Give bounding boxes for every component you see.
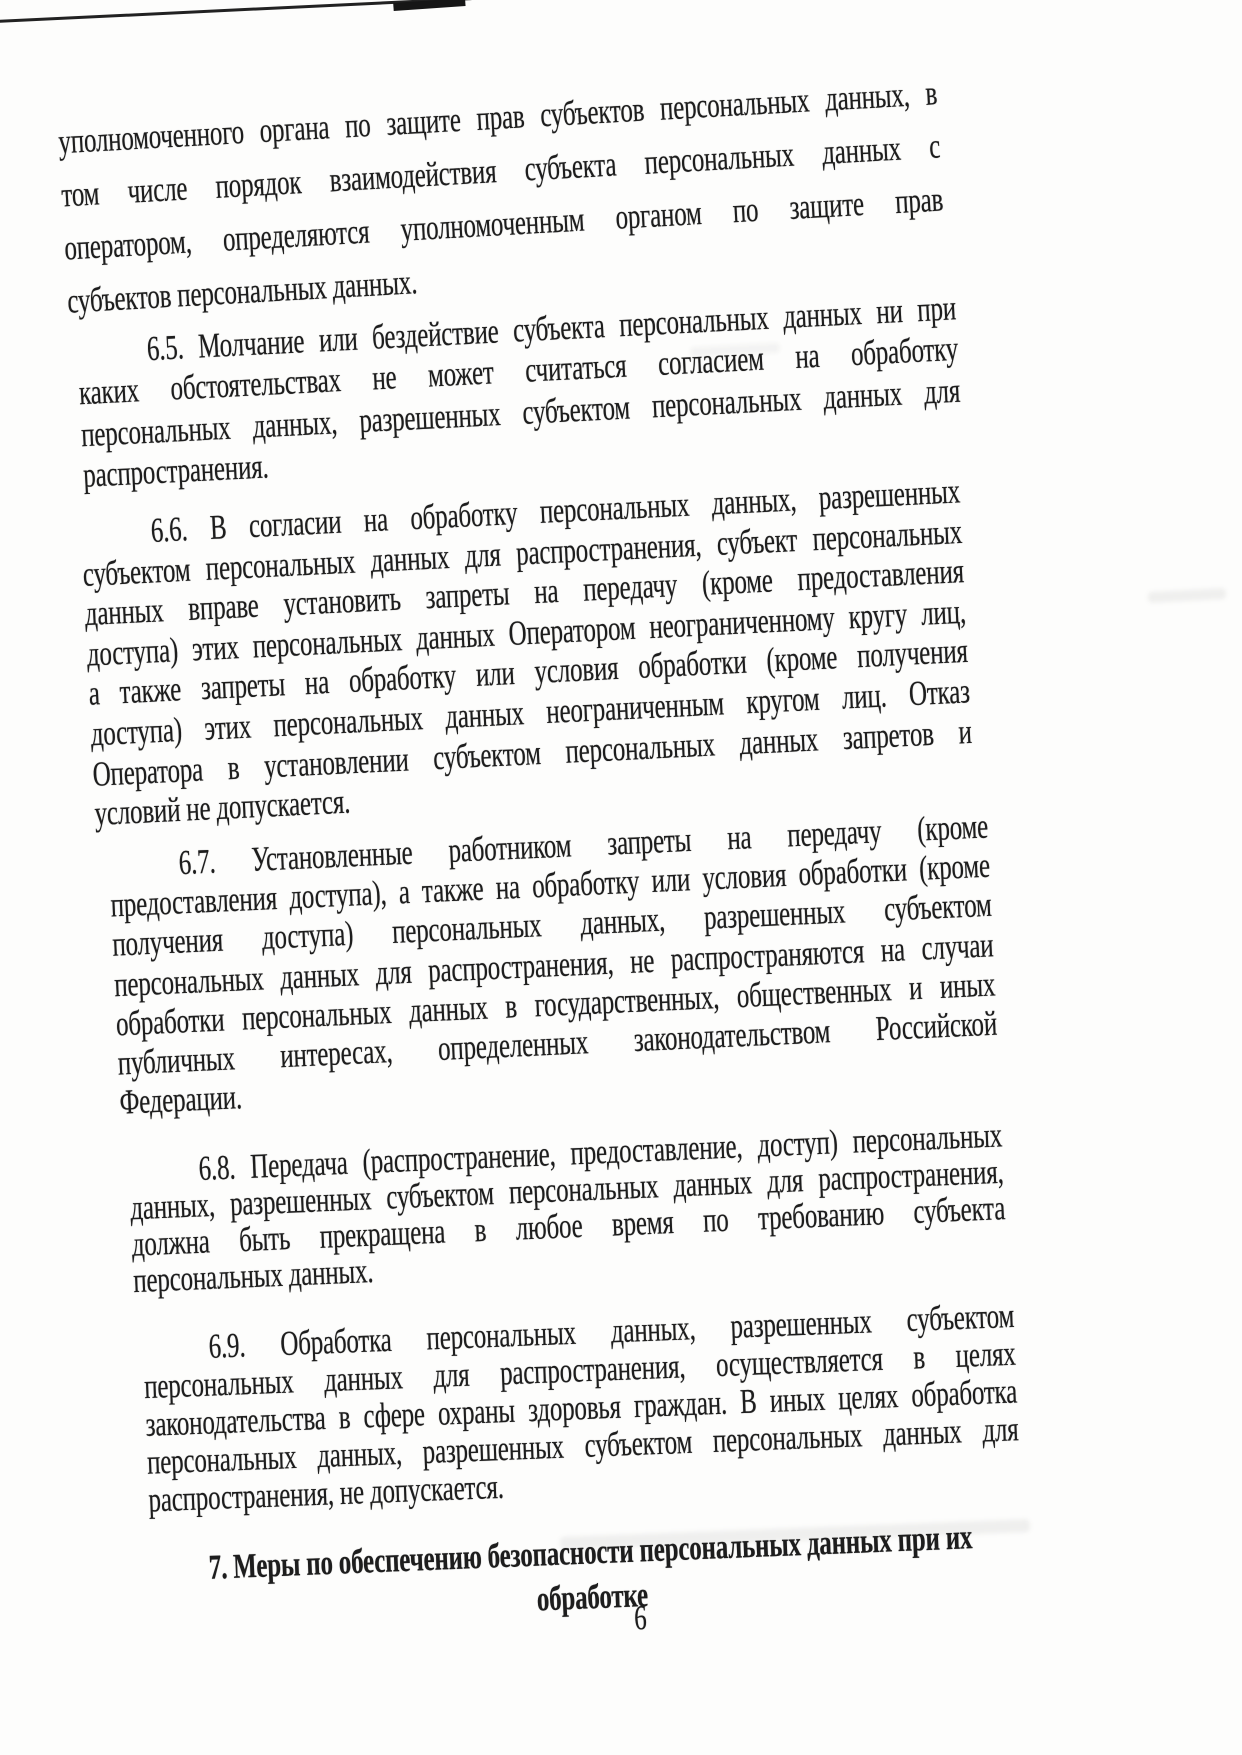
paragraph-6-6: 6.6. В согласии на обработку персональны… — [80, 473, 975, 836]
scan-artifact-wedge — [393, 0, 465, 11]
scan-bleedthrough-mark — [1148, 588, 1226, 603]
paragraph-6-7: 6.7. Установленные работником запреты на… — [108, 808, 1000, 1124]
scanned-document-page: уполномоченного органа по защите прав су… — [0, 0, 1242, 1755]
paragraph-6-8: 6.8. Передача (распространение, предоста… — [128, 1118, 1007, 1301]
paragraph-continuation: уполномоченного органа по защите прав су… — [57, 68, 947, 329]
paragraph-6-9: 6.9. Обработка персональных данных, разр… — [142, 1298, 1021, 1521]
